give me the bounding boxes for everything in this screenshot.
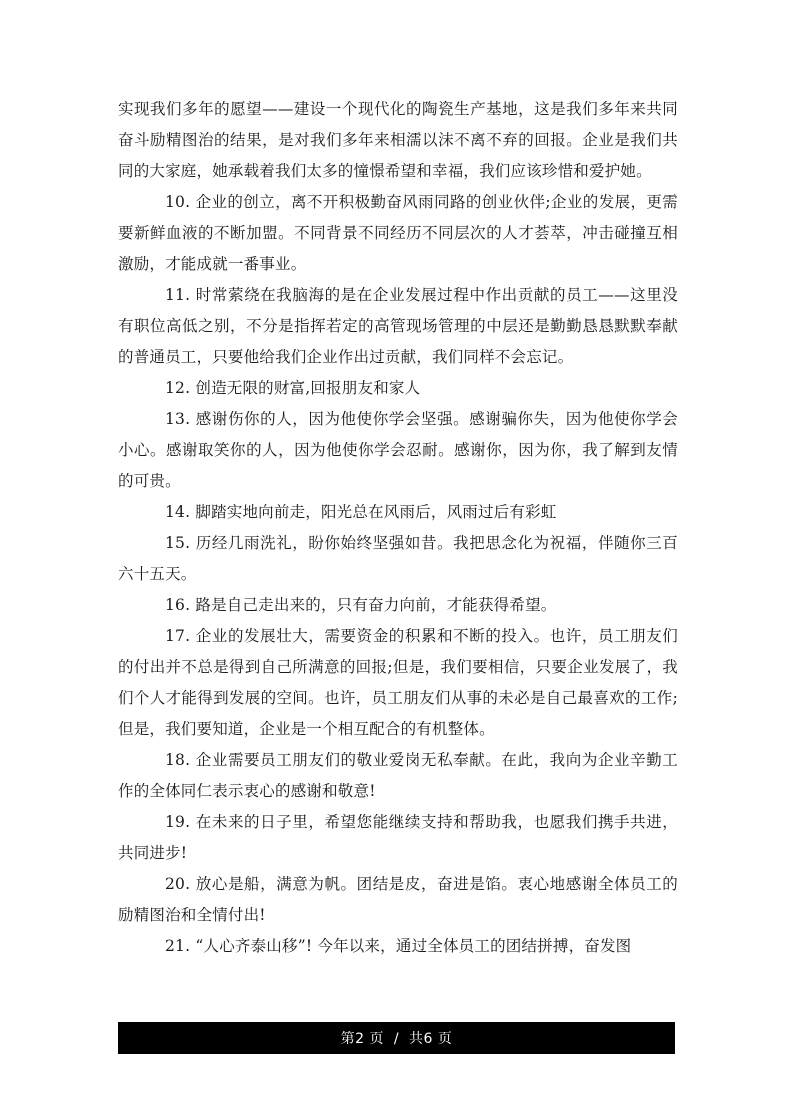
paragraph-continuation: 实现我们多年的愿望——建设一个现代化的陶瓷生产基地，这是我们多年来共同奋斗励精图… [118, 94, 678, 187]
document-page: 实现我们多年的愿望——建设一个现代化的陶瓷生产基地，这是我们多年来共同奋斗励精图… [118, 94, 678, 962]
paragraph-item-15: 15. 历经几雨洗礼，盼你始终坚强如昔。我把思念化为祝福，伴随你三百六十五天。 [118, 528, 678, 590]
paragraph-item-16: 16. 路是自己走出来的，只有奋力向前，才能获得希望。 [118, 590, 678, 621]
paragraph-item-21: 21. “人心齐泰山移”! 今年以来，通过全体员工的团结拼搏，奋发图 [118, 931, 678, 962]
paragraph-item-19: 19. 在未来的日子里，希望您能继续支持和帮助我，也愿我们携手共进，共同进步! [118, 807, 678, 869]
paragraph-item-17: 17. 企业的发展壮大，需要资金的积累和不断的投入。也许，员工朋友们的付出并不总… [118, 621, 678, 745]
paragraph-item-14: 14. 脚踏实地向前走，阳光总在风雨后，风雨过后有彩虹 [118, 497, 678, 528]
paragraph-item-18: 18. 企业需要员工朋友们的敬业爱岗无私奉献。在此，我向为企业辛勤工作的全体同仁… [118, 745, 678, 807]
paragraph-item-11: 11. 时常萦绕在我脑海的是在企业发展过程中作出贡献的员工——这里没有职位高低之… [118, 280, 678, 373]
paragraph-item-12: 12. 创造无限的财富,回报朋友和家人 [118, 373, 678, 404]
page-footer-bar: 第2 页 / 共6 页 [118, 1022, 675, 1054]
paragraph-item-13: 13. 感谢伤你的人，因为他使你学会坚强。感谢骗你失，因为他使你学会小心。感谢取… [118, 404, 678, 497]
paragraph-item-10: 10. 企业的创立，离不开积极勤奋风雨同路的创业伙伴;企业的发展，更需要新鲜血液… [118, 187, 678, 280]
page-indicator: 第2 页 / 共6 页 [341, 1028, 453, 1048]
paragraph-item-20: 20. 放心是船，满意为帆。团结是皮，奋进是馅。衷心地感谢全体员工的励精图治和全… [118, 869, 678, 931]
